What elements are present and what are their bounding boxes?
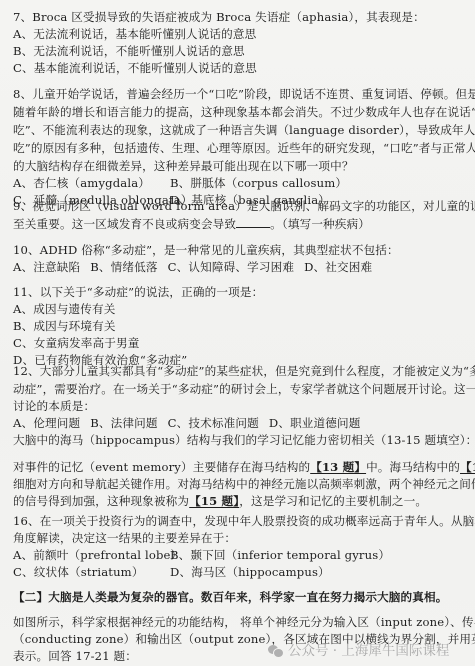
q16-options-row-2: C、纹状体（striatum） D、海马区（hippocampus）: [13, 565, 463, 579]
q10-stem: 10、ADHD 俗称“多动症”，是一种常见的儿童疾病，其典型症状不包括：: [13, 243, 399, 257]
blank-q13: 【13 题】: [310, 460, 366, 474]
blank-q15: 【15 题】: [189, 494, 239, 508]
q16-option-a: A、前额叶（prefrontal lobe）: [13, 548, 182, 562]
q7-option-a: A、无法流利说话，基本能听懂别人说话的意思: [13, 27, 256, 41]
q12-stem-line-3: 讨论的本质是：: [13, 399, 95, 413]
exam-page: 7、Broca 区受损导致的失语症被成为 Broca 失语症（aphasia），…: [0, 0, 475, 666]
passage-text: 对事件的记忆（event memory）主要储存在海马结构的: [13, 460, 310, 474]
q12-option-c: C、技术标准问题: [168, 416, 259, 430]
watermark: 公众号 · 上海犀牛国际课程: [268, 639, 449, 659]
q12-options: A、伦理问题B、法律问题C、技术标准问题D、职业道德问题: [13, 416, 361, 430]
passage-text: ，这是学习和记忆的主要机制之一。: [239, 494, 427, 508]
q11-option-a: A、成因与遗传有关: [13, 302, 115, 316]
q10-option-b: B、情绪低落: [90, 260, 157, 274]
q9-line-1: 9、视觉词形区（visual word form area）是大脑识别、解码文字…: [13, 199, 475, 213]
q7-stem: 7、Broca 区受损导致的失语症被成为 Broca 失语症（aphasia），…: [13, 10, 425, 24]
hippocampus-intro: 大脑中的海马（hippocampus）结构与我们的学习记忆能力密切相关（13-1…: [13, 433, 475, 447]
q9-line-2: 至关重要。这一区域发育不良或病变会导致。（填写一种疾病）: [13, 216, 370, 231]
q10-option-a: A、注意缺陷: [13, 260, 80, 274]
watermark-text: 公众号 · 上海犀牛国际课程: [288, 643, 449, 659]
wechat-icon: [268, 645, 284, 657]
blank-q14: 【14 题】: [460, 460, 475, 474]
q8-option-b: B、胼胝体（corpus callosum）: [170, 176, 347, 190]
q8-options-row-1: A、杏仁核（amygdala） B、胼胝体（corpus callosum）: [13, 176, 463, 190]
q9-line-2-after: 。（填写一种疾病）: [270, 217, 370, 231]
q10-option-d: D、社交困难: [304, 260, 372, 274]
q7-option-b: B、无法流利说话，不能听懂别人说话的意思: [13, 44, 245, 58]
q8-stem-line-1: 8、儿童开始学说话，普遍会经历一个“口吃”阶段，即说话不连贯、重复词语、停顿。但…: [13, 87, 475, 101]
hippocampus-passage-line-1: 对事件的记忆（event memory）主要储存在海马结构的【13 题】中。海马…: [13, 460, 475, 474]
q8-stem-line-4: 吃”的原因有多种，包括遗传、生理、心理等原因。近些年的研究发现，“口吃”者与正常…: [13, 141, 475, 155]
q10-options: A、注意缺陷B、情绪低落C、认知障碍、学习困难D、社交困难: [13, 260, 372, 274]
section-2-heading: 【二】大脑是人类最为复杂的器官。数百年来，科学家一直在努力揭示大脑的真相。: [13, 590, 448, 604]
q16-options-row-1: A、前额叶（prefrontal lobe） B、颞下回（inferior te…: [13, 548, 463, 562]
passage-text: 中。海马结构中的: [366, 460, 460, 474]
hippocampus-passage-line-3: 的信号得到加强，这种现象被称为【15 题】，这是学习和记忆的主要机制之一。: [13, 494, 427, 508]
q7-option-c: C、基本能流利说话，不能听懂别人说话的意思: [13, 61, 257, 75]
q9-line-2-before: 至关重要。这一区域发育不良或病变会导致: [13, 217, 236, 231]
q12-option-d: D、职业道德问题: [269, 416, 361, 430]
hippocampus-passage-line-2: 细胞对方向和导航起关键作用。对海马结构中的神经元施以高频率刺激，两个神经元之间传…: [13, 477, 475, 491]
q12-option-b: B、法律问题: [90, 416, 157, 430]
passage-text: 的信号得到加强，这种现象被称为: [13, 494, 189, 508]
q11-stem: 11、以下关于“多动症”的说法，正确的一项是：: [13, 285, 263, 299]
q8-stem-line-5: 的大脑结构存在细微差异，这种差异最可能出现在以下哪一项中？: [13, 159, 354, 173]
q11-option-c: C、女童病发率高于男童: [13, 336, 139, 350]
q8-stem-line-2: 随着年龄的增长和语言能力的提高，这种现象基本都会消失。不过少数成年人也存在说话“…: [13, 105, 475, 119]
q16-option-b: B、颞下回（inferior temporal gyrus）: [170, 548, 390, 562]
section-2-passage-line-3: 表示。回答 17-21 题：: [13, 649, 137, 663]
q16-option-c: C、纹状体（striatum）: [13, 565, 144, 579]
section-2-passage-line-1: 如图所示，科学家根据神经元的功能结构， 将单个神经元分为输入区（input zo…: [13, 615, 475, 629]
q11-option-b: B、成因与环境有关: [13, 319, 116, 333]
q8-stem-line-3: 吃”、不能流利表达的现象，这就成了一种语言失调（language disorde…: [13, 123, 475, 137]
q9-answer-blank: [236, 216, 270, 228]
q12-stem-line-1: 12、大部分儿童其实都具有“多动症”的某些症状，但是究竟到什么程度，才能被定义为…: [13, 364, 475, 378]
q10-option-c: C、认知障碍、学习困难: [168, 260, 294, 274]
q12-option-a: A、伦理问题: [13, 416, 80, 430]
q16-option-d: D、海马区（hippocampus）: [170, 565, 330, 579]
q12-stem-line-2: 动症”，需要治疗。在一场关于“多动症”的研讨会上，专家学者就这个问题展开讨论。这…: [13, 382, 475, 396]
q16-stem-line-2: 角度解读，决定这一结果的主要差异在于：: [13, 531, 236, 545]
q16-stem-line-1: 16、在一项关于投资行为的调查中，发现中年人股票投资的成功概率远高于青年人。从脑…: [13, 514, 475, 528]
q8-option-a: A、杏仁核（amygdala）: [13, 176, 150, 190]
